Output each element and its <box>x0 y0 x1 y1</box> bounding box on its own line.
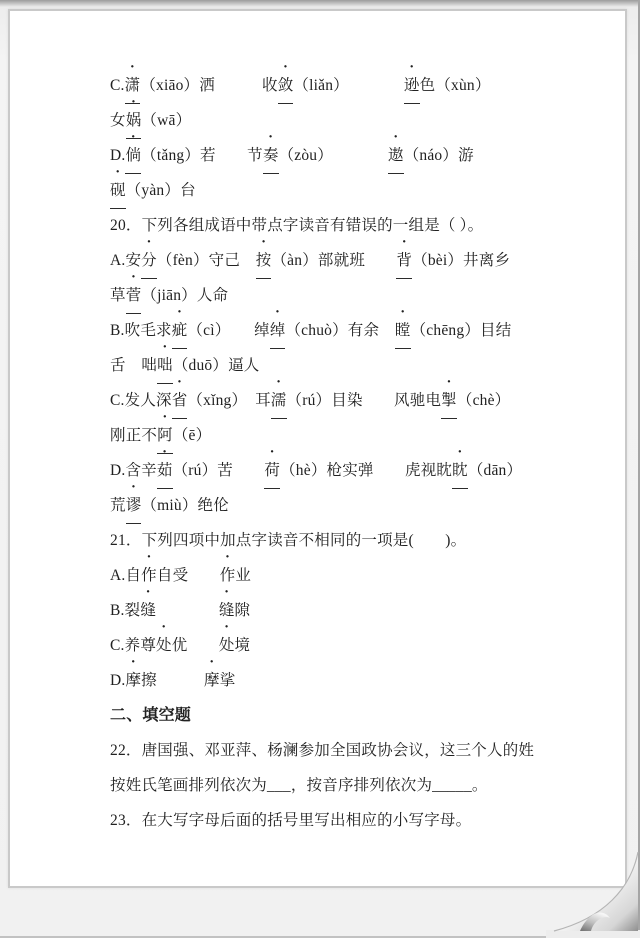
q21-option-a: A.自作自受 作业 <box>110 558 580 593</box>
emphasized-character: 分 <box>141 243 157 279</box>
emphasized-character: 砚 <box>110 173 126 209</box>
q22-line1: 22．唐国强、邓亚萍、杨澜参加全国政协会议，这三个人的姓 <box>110 733 580 768</box>
q23-line: 23．在大写字母后面的括号里写出相应的小写字母。 <box>110 803 580 838</box>
emphasized-character: 摩 <box>125 663 141 698</box>
emphasized-character: 缝 <box>140 593 156 628</box>
q19-option-d-line2: 砚（yàn）台 <box>110 173 580 208</box>
emphasized-character: 荷 <box>264 453 280 489</box>
emphasized-character: 菅 <box>126 278 142 314</box>
emphasized-character: 绰 <box>270 313 286 349</box>
emphasized-character: 摩 <box>204 663 220 698</box>
emphasized-character: 咄 <box>157 348 173 384</box>
q20-option-d-line2: 荒谬（miù）绝伦 <box>110 488 580 523</box>
document-lines: C.潇（xiāo）洒 收敛（liǎn） 逊色（xùn）女娲（wā）D.倘（tǎn… <box>110 68 580 838</box>
emphasized-character: 疵 <box>172 313 188 349</box>
paper-sheet: C.潇（xiāo）洒 收敛（liǎn） 逊色（xùn）女娲（wā）D.倘（tǎn… <box>8 9 627 888</box>
emphasized-character: 茹 <box>157 453 173 489</box>
emphasized-character: 倘 <box>125 138 141 174</box>
emphasized-character: 背 <box>396 243 412 279</box>
q21-option-c: C.养尊处优 处境 <box>110 628 580 663</box>
scanned-page-card: C.潇（xiāo）洒 收敛（liǎn） 逊色（xùn）女娲（wā）D.倘（tǎn… <box>0 0 640 938</box>
emphasized-character: 掣 <box>441 383 457 419</box>
q20-option-c-line2: 刚正不阿（ē） <box>110 418 580 453</box>
emphasized-character: 眈 <box>452 453 468 489</box>
q22-line2: 按姓氏笔画排列依次为___，按音序排列依次为_____。 <box>110 768 580 803</box>
section-heading-fill-in-blanks: 二、填空题 <box>110 698 580 733</box>
q21-option-d: D.摩擦 摩挲 <box>110 663 580 698</box>
emphasized-character: 谬 <box>126 488 142 524</box>
emphasized-character: 奏 <box>263 138 279 174</box>
emphasized-character: 遨 <box>388 138 404 174</box>
page-curl-icon <box>546 850 640 938</box>
q19-option-c-line1: C.潇（xiāo）洒 收敛（liǎn） 逊色（xùn） <box>110 68 580 103</box>
q20-option-b-line1: B.吹毛求疵（cì） 绰绰（chuò）有余 瞠（chēng）目结 <box>110 313 580 348</box>
emphasized-character: 瞠 <box>395 313 411 349</box>
emphasized-character: 敛 <box>278 68 294 104</box>
emphasized-character: 逊 <box>404 68 420 104</box>
q20-option-a-line1: A.安分（fèn）守己 按（àn）部就班 背（bèi）井离乡 <box>110 243 580 278</box>
q20-option-c-line1: C.发人深省（xǐng） 耳濡（rú）目染 风驰电掣（chè） <box>110 383 580 418</box>
q21-option-b: B.裂缝 缝隙 <box>110 593 580 628</box>
emphasized-character: 处 <box>219 628 235 663</box>
q20-option-d-line1: D.含辛茹（rú）苦 荷（hè）枪实弹 虎视眈眈（dān） <box>110 453 580 488</box>
q19-option-c-line2: 女娲（wā） <box>110 103 580 138</box>
q20-question: 20．下列各组成语中带点字读音有错误的一组是（ ）。 <box>110 208 580 243</box>
q21-question: 21．下列四项中加点字读音不相同的一项是( )。 <box>110 523 580 558</box>
emphasized-character: 省 <box>172 383 188 419</box>
q19-option-d-line1: D.倘（tǎng）若 节奏（zòu） 遨（náo）游 <box>110 138 580 173</box>
emphasized-character: 濡 <box>271 383 287 419</box>
emphasized-character: 处 <box>156 628 172 663</box>
emphasized-character: 按 <box>256 243 272 279</box>
